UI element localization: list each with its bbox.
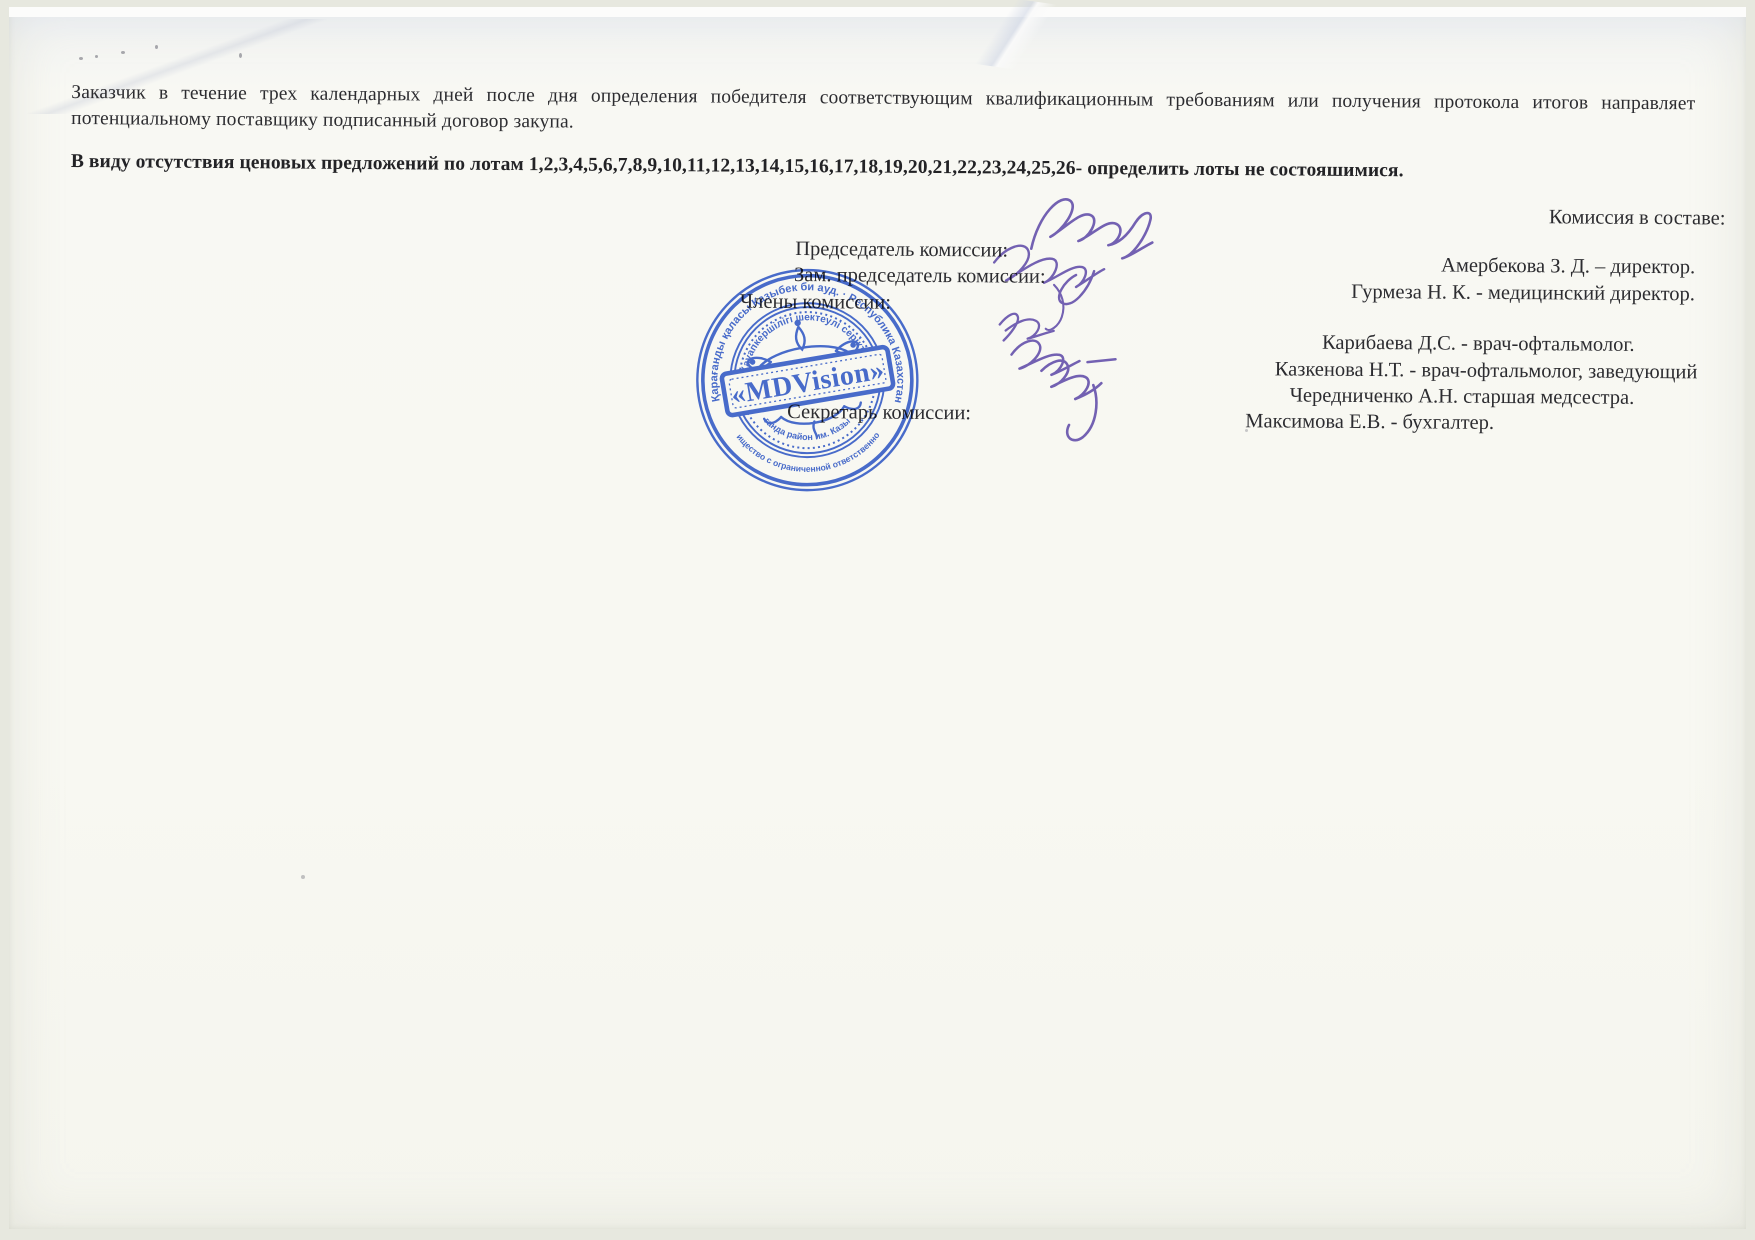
company-stamp: Қарағанды қаласы Қазыбек би ауд. · Респу…	[691, 263, 925, 497]
signature-6	[1041, 361, 1102, 441]
committee-heading: Комиссия в составе:	[1549, 206, 1726, 230]
member-name: Казкенова Н.Т. - врач-офтальмолог, завед…	[1275, 358, 1698, 384]
member-name: Гурмеза Н. К. - медицинский директор.	[1351, 281, 1695, 306]
member-name: Максимова Е.В. - бухгалтер.	[1245, 410, 1494, 435]
member-name: Амербекова З. Д. – директор.	[1441, 255, 1695, 280]
signature-4	[1000, 314, 1054, 341]
signature-5	[1011, 340, 1115, 375]
signatures-block	[975, 184, 1187, 450]
signature-2	[994, 246, 1104, 305]
body-paragraph: Заказчик в течение трех календарных дней…	[71, 80, 1695, 142]
document-content: Заказчик в течение трех календарных дней…	[0, 0, 1755, 1240]
member-name: Чередниченко А.Н. старшая медсестра.	[1290, 384, 1635, 409]
stamp-center-group: «MDVision»	[715, 307, 900, 450]
lots-statement: В виду отсутствия ценовых предложений по…	[71, 151, 1711, 184]
signature-1	[1031, 199, 1152, 258]
member-name: Карибаева Д.С. - врач-офтальмолог.	[1322, 332, 1635, 357]
